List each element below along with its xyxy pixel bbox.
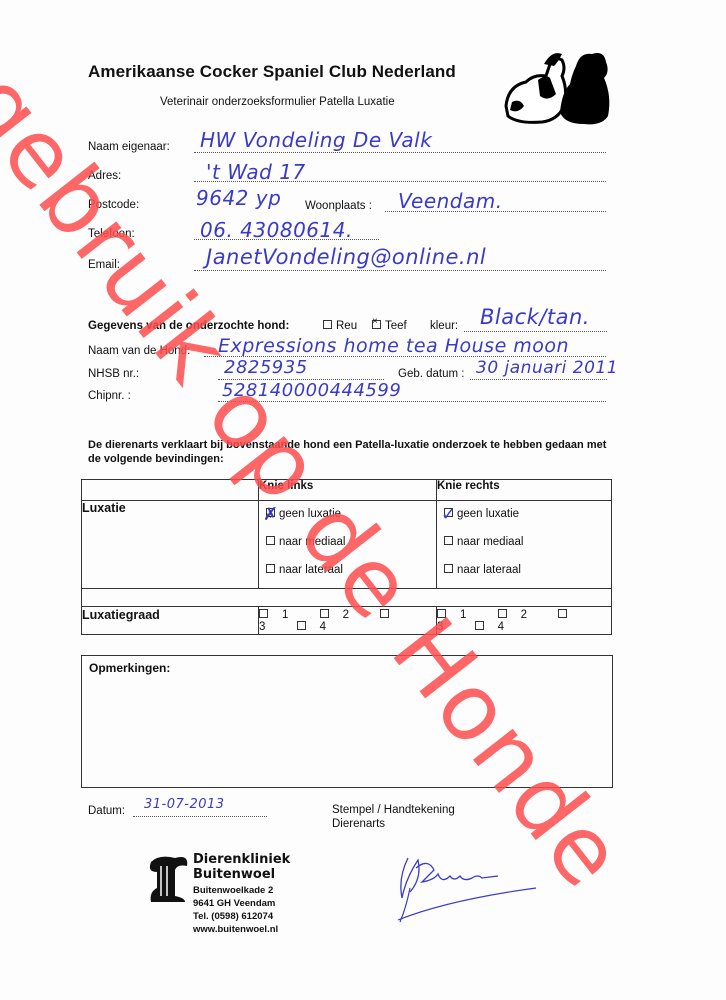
color-field[interactable]: Black/tan. (480, 305, 590, 329)
vet-signature (388, 848, 548, 928)
cocker-spaniels-logo-icon (498, 46, 626, 128)
phone-field[interactable]: 06. 43080614. (200, 218, 353, 242)
dog-section-label: Gegevens van de onderzochte hond: (88, 320, 289, 332)
right-medial-checkbox[interactable] (444, 536, 453, 545)
luxation-table: Knie links Knie rechts Luxatie ✗geen lux… (81, 479, 612, 635)
left-option-lateral[interactable]: naar lateraal (259, 557, 436, 585)
left-option-none[interactable]: ✗geen luxatie (259, 501, 436, 529)
handwritten-check-icon: ✗ (263, 502, 278, 528)
right-option-medial[interactable]: naar mediaal (437, 529, 611, 557)
male-checkbox[interactable] (323, 320, 332, 329)
right-option-none[interactable]: ✓geen luxatie (437, 501, 611, 529)
date-line (133, 816, 267, 817)
right-option-lateral[interactable]: naar lateraal (437, 557, 611, 585)
address-field[interactable]: 't Wad 17 (206, 160, 306, 184)
clinic-address: Buitenwoelkade 2 9641 GH Veendam Tel. (0… (193, 884, 278, 936)
nhsb-label: NHSB nr.: (88, 368, 139, 380)
right-grade-1[interactable]: 1 (437, 609, 480, 621)
left-medial-checkbox[interactable] (266, 536, 275, 545)
handwritten-check-icon: ✓ (441, 502, 456, 528)
email-field[interactable]: JanetVondeling@online.nl (206, 245, 486, 269)
club-title: Amerikaanse Cocker Spaniel Club Nederlan… (88, 62, 456, 82)
right-grade-options: 1 2 3 4 (437, 607, 612, 635)
row-header-luxation: Luxatie (82, 501, 259, 589)
row-header-grade: Luxatiegraad (82, 607, 259, 635)
color-line (464, 331, 607, 332)
remarks-box[interactable]: Opmerkingen: (81, 655, 613, 788)
phone-label: Telefoon: (88, 228, 135, 240)
clinic-stamp: Dierenkliniek Buitenwoel Buitenwoelkade … (145, 850, 305, 950)
male-label: Reu (336, 320, 357, 332)
right-lateral-checkbox[interactable] (444, 564, 453, 573)
left-lateral-checkbox[interactable] (266, 564, 275, 573)
clinic-logo-icon (145, 852, 191, 904)
knee-left-options: ✗geen luxatie naar mediaal naar lateraal (259, 501, 437, 589)
postcode-label: Postcode: (88, 199, 139, 211)
male-option[interactable]: Reu (323, 320, 357, 332)
email-label: Email: (88, 259, 120, 271)
city-field[interactable]: Veendam. (398, 189, 503, 213)
dog-name-label: Naam van de Hond: (88, 345, 190, 357)
nhsb-field[interactable]: 2825935 (224, 357, 308, 378)
table-spacer-row (82, 589, 612, 607)
stamp-signature-label: Stempel / Handtekening (332, 804, 455, 816)
birth-date-label: Geb. datum : (398, 368, 464, 380)
vet-declaration: De dierenarts verklaart bij bovenstaande… (88, 438, 618, 466)
clinic-name: Dierenkliniek Buitenwoel (193, 852, 290, 882)
postcode-field[interactable]: 9642 yp (196, 186, 281, 210)
chip-field[interactable]: 528140000444599 (222, 380, 401, 401)
table-corner-cell (82, 480, 259, 501)
right-grade-2[interactable]: 2 (498, 609, 541, 621)
left-grade-1[interactable]: 1 (259, 609, 302, 621)
left-grade-2[interactable]: 2 (320, 609, 363, 621)
birth-date-line (470, 379, 607, 380)
remarks-label: Opmerkingen: (82, 656, 612, 680)
address-label: Adres: (88, 170, 121, 182)
female-checkbox[interactable] (372, 320, 381, 329)
chip-line (218, 401, 606, 402)
left-option-medial[interactable]: naar mediaal (259, 529, 436, 557)
date-field[interactable]: 31-07-2013 (144, 797, 225, 812)
col-header-knee-left: Knie links (259, 480, 437, 501)
left-grade-options: 1 2 3 4 (259, 607, 437, 635)
right-grade-4[interactable]: 4 (475, 621, 518, 633)
female-label: Teef (385, 320, 407, 332)
col-header-knee-right: Knie rechts (437, 480, 612, 501)
chip-label: Chipnr. : (88, 390, 131, 402)
owner-name-line (194, 152, 606, 153)
dog-name-field[interactable]: Expressions home tea House moon (218, 335, 569, 357)
owner-name-label: Naam eigenaar: (88, 141, 170, 153)
date-label: Datum: (88, 805, 125, 817)
city-label: Woonplaats : (305, 200, 372, 212)
color-label: kleur: (430, 320, 458, 332)
vet-label: Dierenarts (332, 818, 385, 830)
female-option[interactable]: Teef (372, 320, 407, 332)
knee-right-options: ✓geen luxatie naar mediaal naar lateraal (437, 501, 612, 589)
form-subtitle: Veterinair onderzoeksformulier Patella L… (160, 96, 395, 108)
email-line (194, 270, 606, 271)
owner-name-field[interactable]: HW Vondeling De Valk (200, 128, 432, 152)
left-grade-4[interactable]: 4 (297, 621, 340, 633)
birth-date-field[interactable]: 30 januari 2011 (476, 358, 618, 378)
